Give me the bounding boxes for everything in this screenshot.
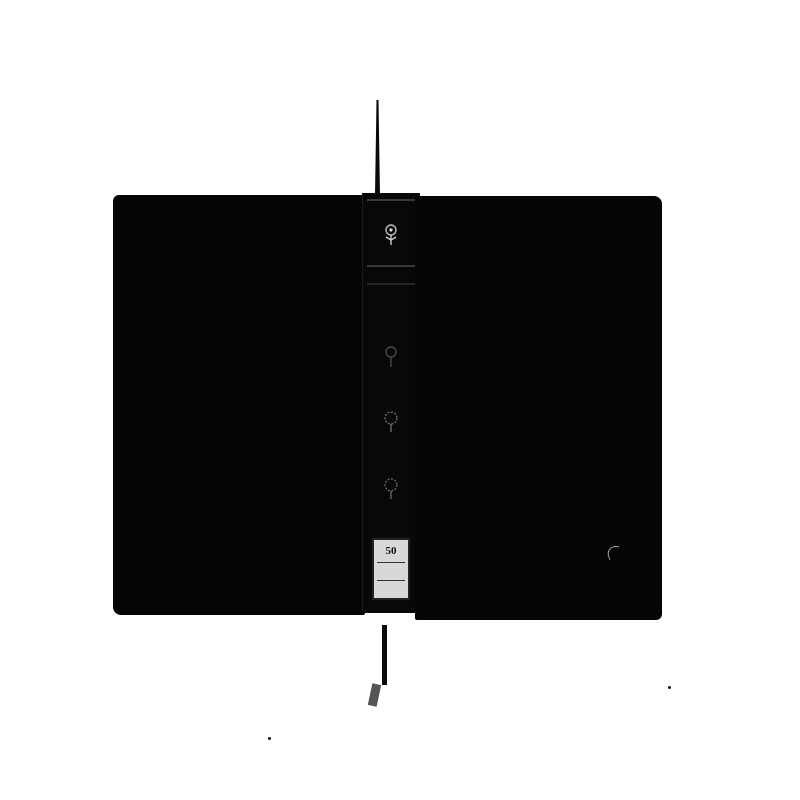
back-cover-board <box>415 196 662 620</box>
bookmark-ribbon-bottom <box>382 625 387 685</box>
spine-band <box>367 265 415 267</box>
volume-number: 50 <box>374 545 408 557</box>
spine-label: 50 <box>372 538 410 600</box>
floral-ornament-icon <box>382 343 400 369</box>
floral-ornament-icon <box>382 475 400 501</box>
floral-ornament-icon <box>382 221 400 247</box>
front-cover-board <box>113 195 365 615</box>
surface-scratch <box>605 544 624 561</box>
book-spine: 50 <box>362 193 420 613</box>
dust-speck <box>668 686 671 689</box>
spine-band <box>367 283 415 285</box>
bookmark-ribbon-top <box>375 100 380 195</box>
label-rule <box>377 580 405 581</box>
spine-band <box>367 199 415 201</box>
floral-ornament-icon <box>382 408 400 434</box>
label-rule <box>377 562 405 563</box>
dust-speck <box>268 737 271 740</box>
ribbon-frayed-end <box>368 683 381 706</box>
